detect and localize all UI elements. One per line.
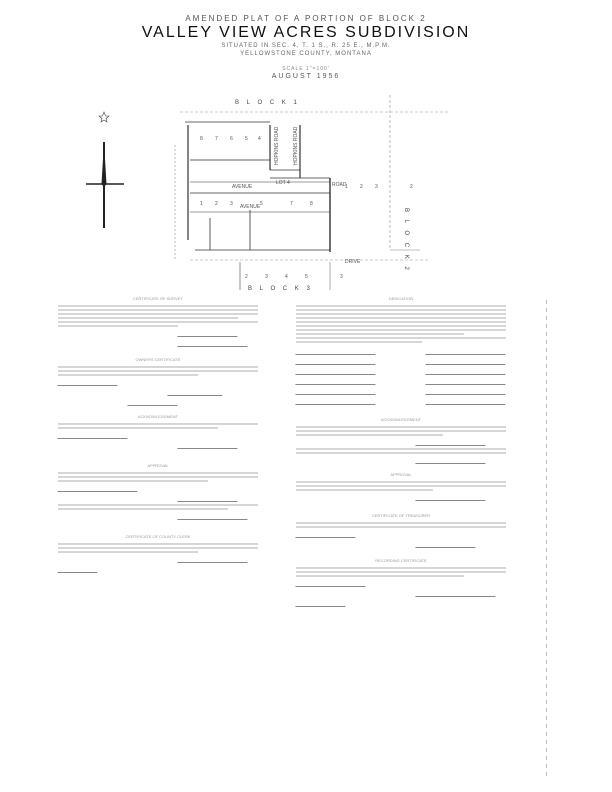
section-heading: APPROVAL [296,472,506,477]
plat-map: B L O C K 1 B L O C K 3 B L O C K 2 AVEN… [0,0,612,300]
svg-text:2: 2 [410,184,413,190]
road-label: HOPKINS ROAD [293,126,299,165]
svg-text:2: 2 [215,201,218,207]
svg-text:3: 3 [230,201,233,207]
road-label: HOPKINS ROAD [274,126,280,165]
svg-text:1: 1 [345,184,348,190]
svg-text:2: 2 [245,274,248,280]
section-heading: APPROVAL [58,463,258,468]
svg-text:5: 5 [260,201,263,207]
north-arrow-icon [86,112,124,228]
svg-text:2: 2 [360,184,363,190]
svg-text:5: 5 [245,136,248,142]
section-heading: CERTIFICATE OF TREASURER [296,513,506,518]
block-label: B L O C K 3 [248,286,313,292]
svg-text:3: 3 [340,274,343,280]
block-label: B L O C K 1 [235,100,300,106]
svg-text:3: 3 [375,184,378,190]
section-heading: CERTIFICATE OF COUNTY CLERK [58,534,258,539]
section-heading: CERTIFICATE OF SURVEY [58,296,258,301]
svg-text:4: 4 [285,274,288,280]
svg-text:8: 8 [310,201,313,207]
left-column: CERTIFICATE OF SURVEY OWNERS CERTIFICATE… [58,296,258,575]
section-heading: ACKNOWLEDGMENT [296,417,506,422]
section-heading: ACKNOWLEDGMENT [58,414,258,419]
section-heading: RECORDING CERTIFICATE [296,558,506,563]
street-label: AVENUE [240,204,261,210]
svg-text:5: 5 [305,274,308,280]
lot-label: LOT 4 [276,180,290,186]
svg-text:7: 7 [290,201,293,207]
right-column: DEDICATION ACKNOWLEDGMENT APPROVAL CERTI… [296,296,506,609]
section-heading: DEDICATION [296,296,506,301]
svg-text:7: 7 [215,136,218,142]
svg-text:4: 4 [258,136,261,142]
svg-text:6: 6 [230,136,233,142]
svg-text:1: 1 [200,201,203,207]
block-label: B L O C K 2 [403,208,409,273]
section-heading: OWNERS CERTIFICATE [58,357,258,362]
street-label: AVENUE [232,184,253,190]
svg-text:8: 8 [200,136,203,142]
street-label: DRIVE [345,259,361,265]
svg-text:3: 3 [265,274,268,280]
margin-line [546,300,547,780]
